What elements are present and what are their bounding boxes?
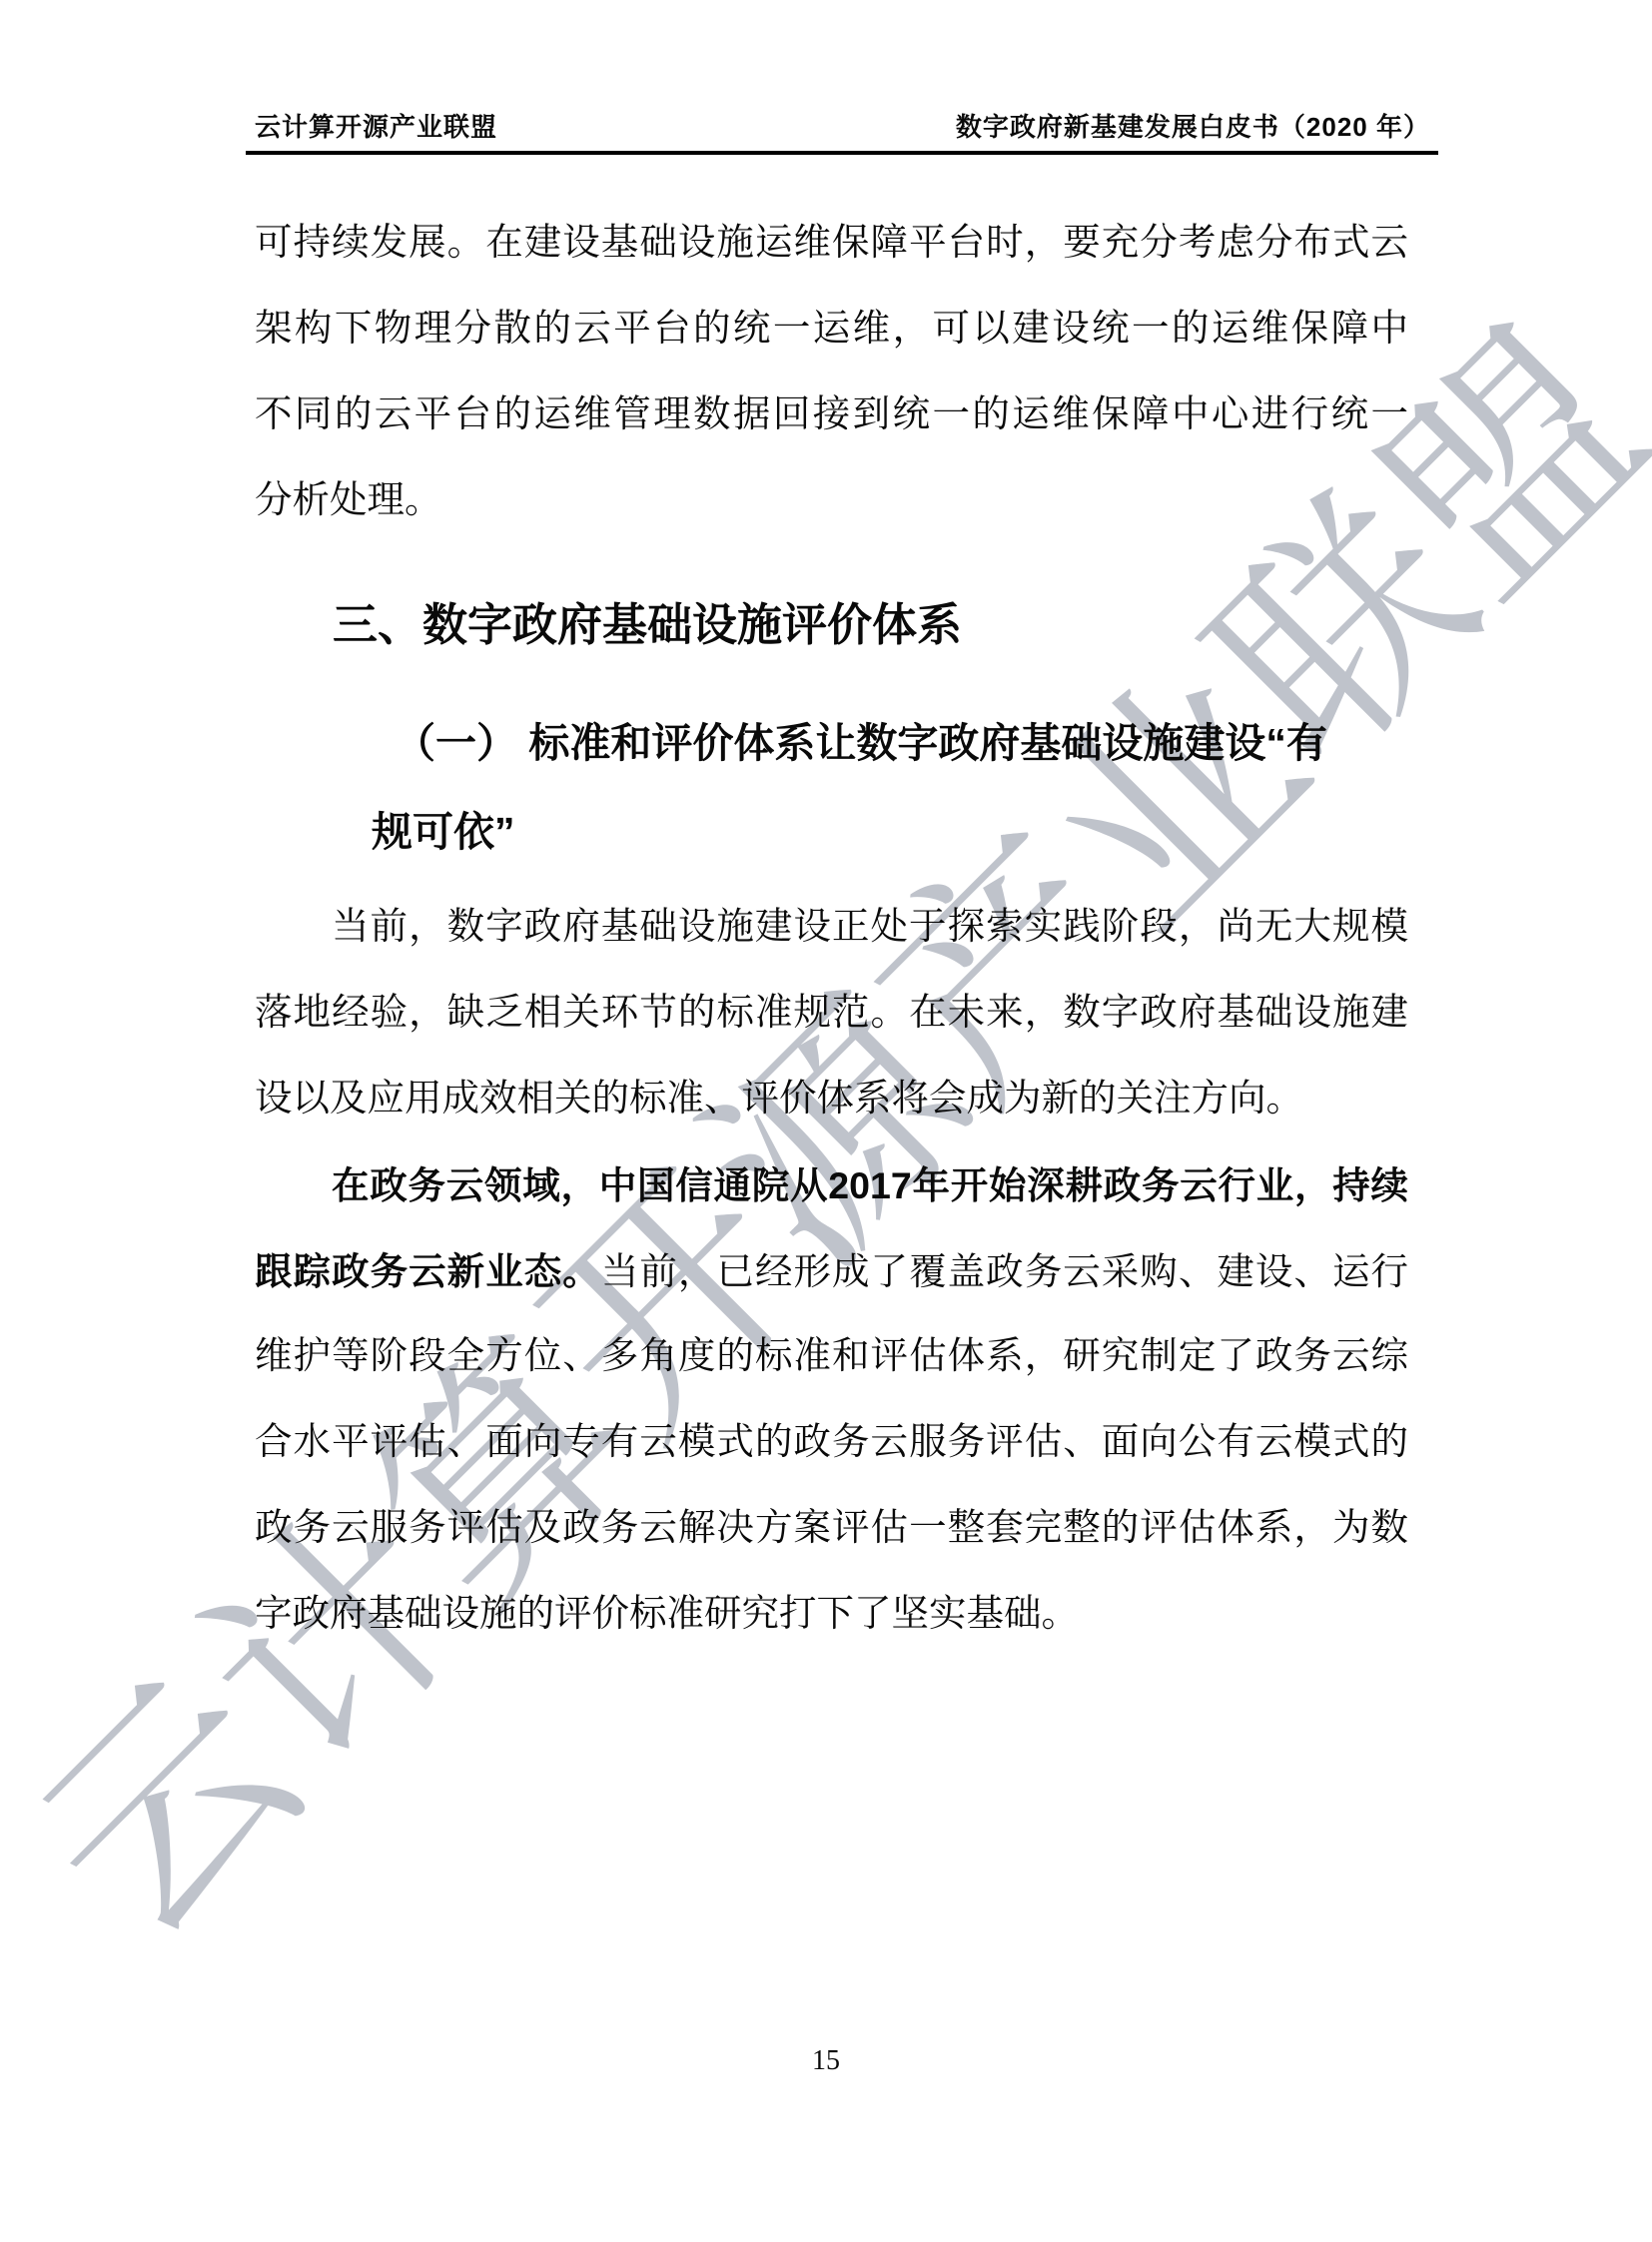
text-line: 当前，数字政府基础设施建设正处于探索实践阶段，尚无大规模 [255,885,1408,971]
document-body: 可持续发展。在建设基础设施运维保障平台时，要充分考虑分布式云 架构下物理分散的云… [255,201,1408,1658]
header-divider-rule [246,151,1438,155]
subsection-heading-line: （一） 标准和评价体系让数字政府基础设施建设“有 [255,699,1408,788]
header-left-title: 云计算开源产业联盟 [255,112,497,142]
text-line: 合水平评估、面向专有云模式的政务云服务评估、面向公有云模式的 [255,1400,1408,1486]
paragraph-2: 当前，数字政府基础设施建设正处于探索实践阶段，尚无大规模 落地经验，缺乏相关环节… [255,885,1408,1142]
subsection-heading-line: 规可依” [255,788,1408,877]
text-line: 政务云服务评估及政务云解决方案评估一整套完整的评估体系，为数 [255,1486,1408,1572]
document-page: 云计算开源产业联盟 云计算开源产业联盟 数字政府新基建发展白皮书（2020 年）… [0,0,1652,2242]
text-line: 架构下物理分散的云平台的统一运维，可以建设统一的运维保障中心， [255,287,1408,373]
paragraph-1: 可持续发展。在建设基础设施运维保障平台时，要充分考虑分布式云 架构下物理分散的云… [255,201,1408,544]
text-line-bold: 在政务云领域，中国信通院从2017年开始深耕政务云行业，持续 [255,1142,1408,1228]
text-line: 设以及应用成效相关的标准、评价体系将会成为新的关注方向。 [255,1057,1408,1142]
page-number: 15 [812,2045,840,2076]
text-line: 跟踪政务云新业态。当前，已经形成了覆盖政务云采购、建设、运行 [255,1228,1408,1314]
subsection-heading: （一） 标准和评价体系让数字政府基础设施建设“有 规可依” [255,699,1408,877]
page-header: 云计算开源产业联盟 数字政府新基建发展白皮书（2020 年） [0,0,1652,155]
text-line: 落地经验，缺乏相关环节的标准规范。在未来，数字政府基础设施建 [255,971,1408,1057]
page-footer: 15 [0,2045,1652,2077]
text-line: 维护等阶段全方位、多角度的标准和评估体系，研究制定了政务云综 [255,1314,1408,1400]
text-line: 分析处理。 [255,458,1408,544]
header-right-title: 数字政府新基建发展白皮书（2020 年） [956,112,1430,142]
text-segment: 当前，已经形成了覆盖政务云采购、建设、运行 [601,1252,1408,1293]
text-line: 字政府基础设施的评价标准研究打下了坚实基础。 [255,1572,1408,1658]
text-line: 可持续发展。在建设基础设施运维保障平台时，要充分考虑分布式云 [255,201,1408,287]
bold-text-segment: 跟踪政务云新业态。 [255,1250,601,1292]
section-heading: 三、数字政府基础设施评价体系 [255,595,1408,655]
paragraph-3: 在政务云领域，中国信通院从2017年开始深耕政务云行业，持续 跟踪政务云新业态。… [255,1142,1408,1658]
text-line: 不同的云平台的运维管理数据回接到统一的运维保障中心进行统一 [255,373,1408,458]
